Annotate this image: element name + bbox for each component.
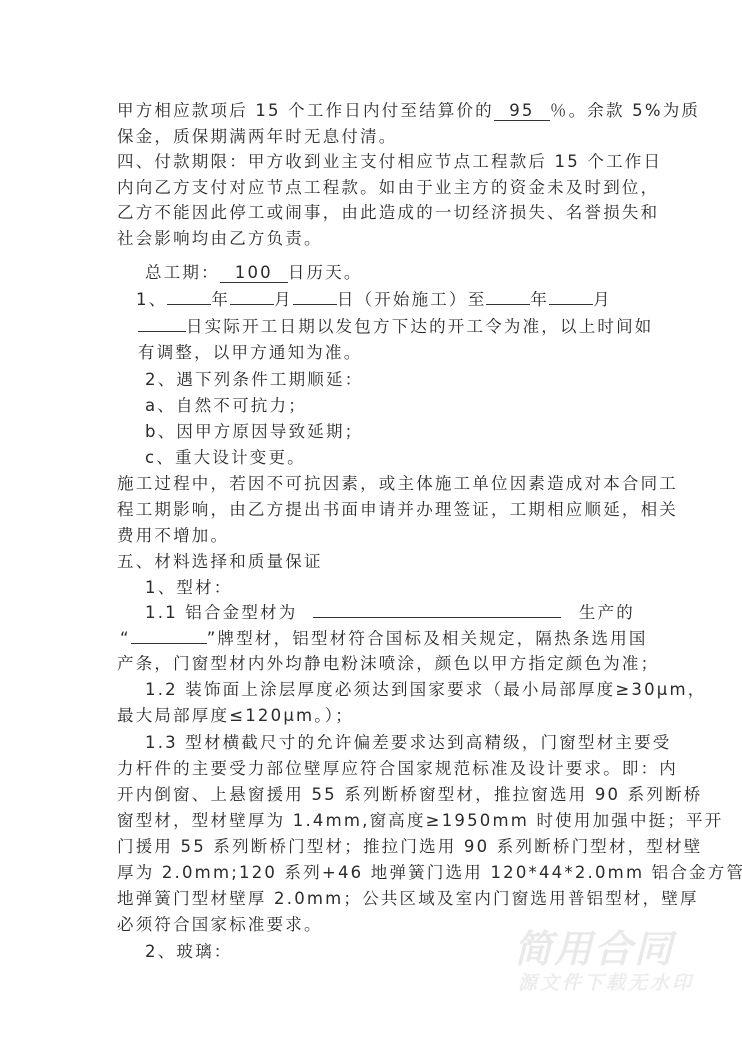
manufacturer-blank [313,617,561,618]
paragraph-line: 开内倒窗、上悬窗援用 55 系列断桥窗型材，推拉窗选用 90 系列断桥 [117,785,702,805]
start-date-line: 1、年月日（开始施工）至年月 [136,290,612,310]
text: 甲方相应款项后 15 个工作日内付至结算价的 [117,101,494,120]
paragraph-line: 内向乙方支付对应节点工程款。如由于业主方的资金未及时到位， [117,178,659,198]
blank [138,331,186,332]
paragraph-line: 窗型材，型材壁厚为 1.4mm,窗高度≥1950mm 时使用加强中挺；平开 [117,811,723,831]
percent-blank: 95 [494,102,550,121]
paragraph-line: 必须符合国家标准要求。 [117,915,323,935]
blank [486,304,530,305]
section-four-heading: 四、付款期限：甲方收到业主支付相应节点工程款后 15 个工作日 [117,152,662,172]
text: 月 [593,290,612,309]
text: 总工期： [145,263,220,282]
brand-blank [131,643,207,644]
text: 月 [274,290,293,309]
paragraph-line: 最大局部厚度≤120μm。）； [117,706,354,726]
paragraph-line: 有调整，以甲方通知为准。 [138,343,362,363]
text: 1、 [136,290,167,309]
text: 年 [211,290,230,309]
paragraph-line: 力杆件的主要受力部位壁厚应符合国家规范标准及设计要求。即：内 [117,759,678,779]
subsection-heading: 2、玻璃： [145,942,233,962]
paragraph-line: 1.2 装饰面上涂层厚度必须达到国家要求（最小局部厚度≥30μm， [145,680,706,700]
start-date-line-cont: 日实际开工日期以发包方下达的开工令为准，以上时间如 [138,317,654,337]
brand-line: “”牌型材，铝型材符合国标及相关规定，隔热条选用国 [120,629,648,649]
text: 日（开始施工）至 [337,290,487,309]
profile-maker-line: 1.1 铝合金型材为 生产的 [145,603,635,623]
text: ”牌型材，铝型材符合国标及相关规定，隔热条选用国 [207,629,648,648]
paragraph-line: 施工过程中，若因不可抗因素，或主体施工单位因素造成对本合同工 [117,474,678,494]
paragraph-line: 保金，质保期满两年时无息付清。 [117,127,398,147]
paragraph-line: 门援用 55 系列断桥门型材；推拉门选用 90 系列断桥门型材，型材壁 [117,837,702,857]
text: 日实际开工日期以发包方下达的开工令为准，以上时间如 [186,317,654,336]
document-page: 甲方相应款项后 15 个工作日内付至结算价的95％。余款 5%为质 保金，质保期… [0,0,742,1049]
text: 日历天。 [288,263,363,282]
text: 年 [530,290,549,309]
blank [549,304,593,305]
paragraph-line: 1.3 型材横截尺寸的允许偏差要求达到高精级，门窗型材主要受 [145,733,672,753]
blank [167,304,211,305]
watermark-title: 简用合同 [514,918,674,973]
paragraph-line: 乙方不能因此停工或闹事，由此造成的一切经济损失、名誉损失和 [117,203,659,223]
duration-blank: 100 [220,264,288,283]
paragraph-line: 地弹簧门型材壁厚 2.0mm；公共区域及室内门窗选用普铝型材，壁厚 [117,889,699,909]
list-heading: 2、遇下列条件工期顺延： [145,370,363,390]
paragraph-line: 费用不增加。 [117,526,229,546]
paragraph-line: 社会影响均由乙方负责。 [117,229,323,249]
payment-percent-line: 甲方相应款项后 15 个工作日内付至结算价的95％。余款 5%为质 [117,101,700,121]
blank [293,304,337,305]
watermark-subtitle: 源文件下载无水印 [518,968,694,995]
paragraph-line: 程工期影响，由乙方提出书面申请并办理签证，工期相应顺延，相关 [117,500,678,520]
text: 生产的 [579,603,635,623]
text: 1.1 铝合金型材为 [145,603,298,622]
list-item: c、重大设计变更。 [145,448,306,468]
paragraph-line: 产条，门窗型材内外均静电粉沫喷涂，颜色以甲方指定颜色为准； [117,654,659,674]
paragraph-line: 厚为 2.0mm;120 系列+46 地弹簧门选用 120*44*2.0mm 铝… [117,863,742,883]
list-item: b、因甲方原因导致延期； [145,422,363,442]
text: ％。余款 5%为质 [550,101,700,120]
total-duration-line: 总工期：100日历天。 [145,263,363,283]
blank [230,304,274,305]
text: “ [120,629,131,648]
section-five-heading: 五、材料选择和质量保证 [117,552,323,572]
list-item: a、自然不可抗力； [145,396,307,416]
subsection-heading: 1、型材： [145,578,233,598]
